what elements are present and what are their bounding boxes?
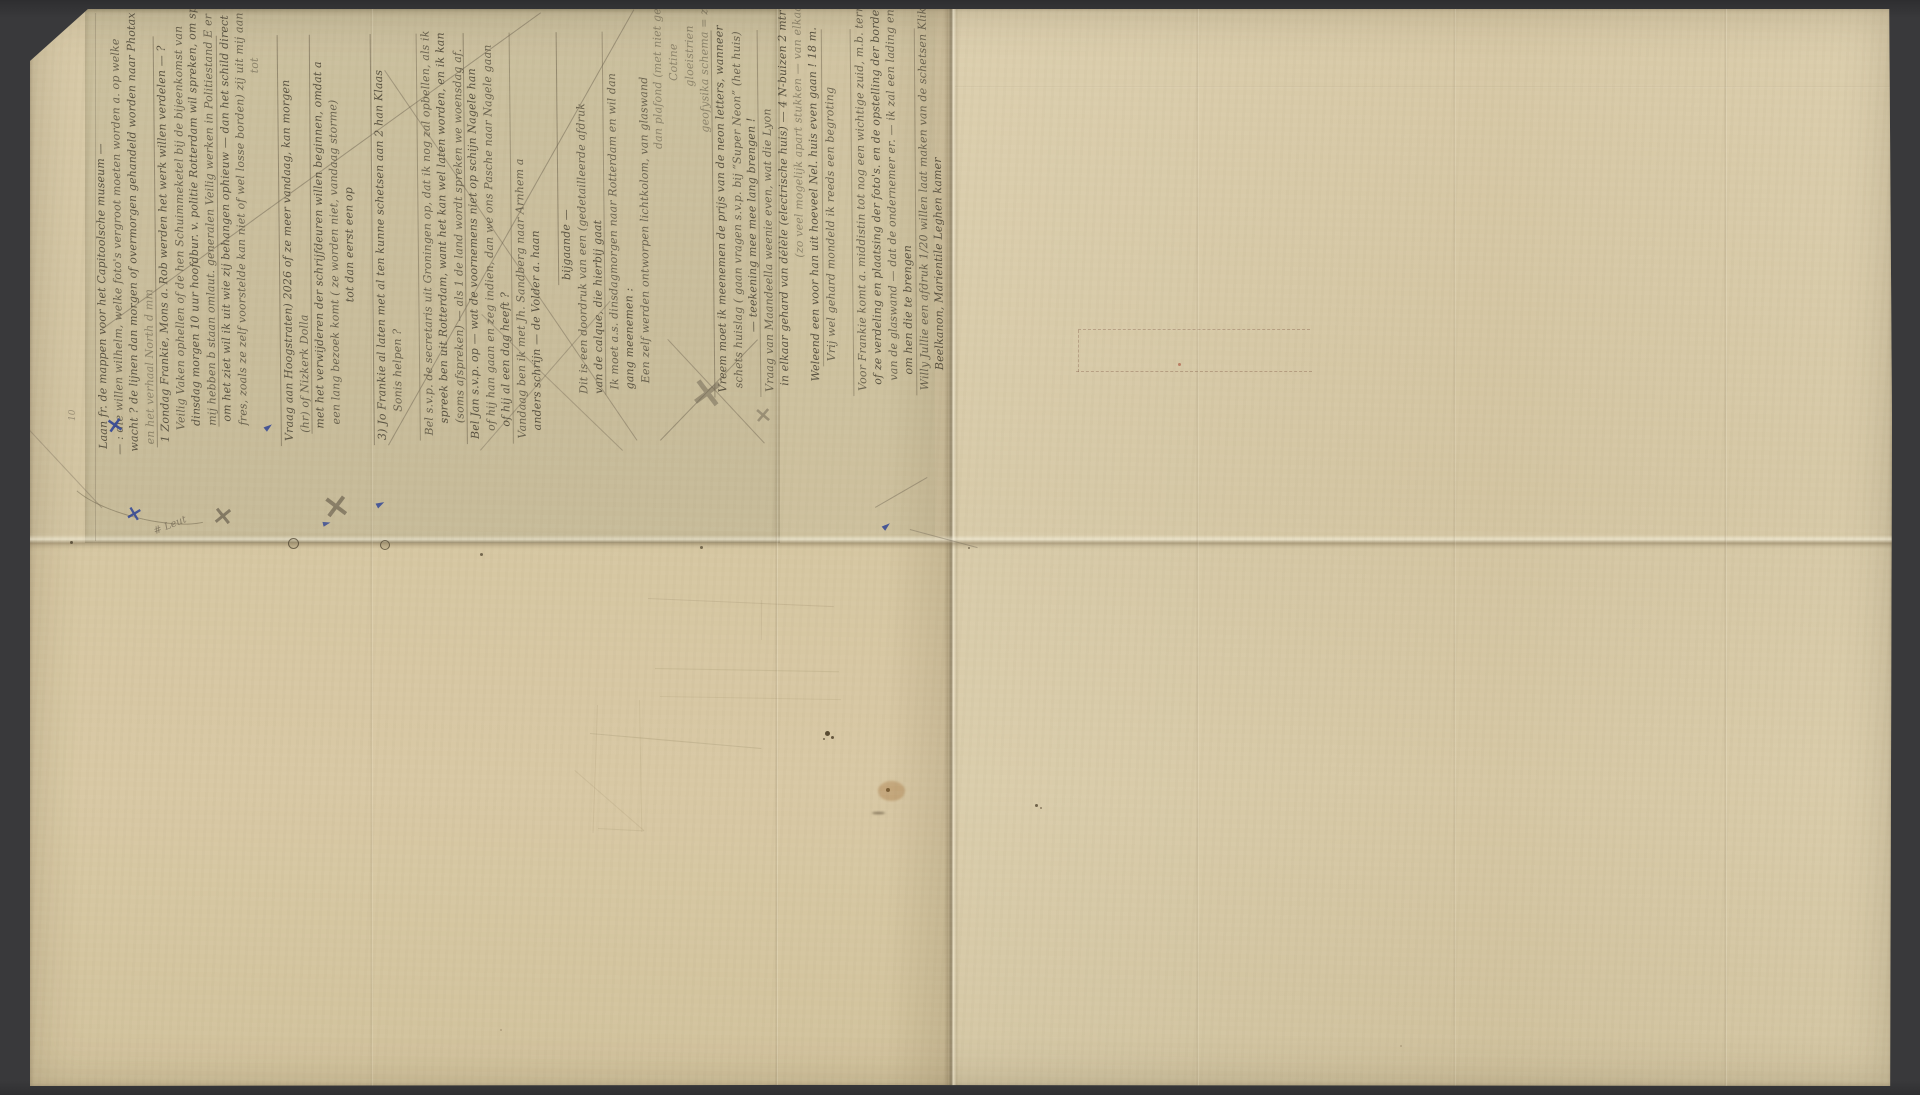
show-through-dashes: [1076, 371, 1312, 372]
ink-stain: [70, 541, 73, 544]
lower-left-quadrant: [30, 543, 955, 1086]
blue-crayon-x-mark: ×: [124, 501, 145, 524]
pencil-x-mark: ×: [687, 369, 728, 415]
punch-ring: [288, 538, 299, 549]
paper-sheet: Laan fr. de mappen voor het Capitoolsche…: [30, 9, 1892, 1086]
fold-crease-vertical: [775, 9, 778, 1086]
show-through-line: [648, 598, 834, 607]
ink-stain: [872, 812, 885, 814]
pencil-x-mark: ×: [211, 502, 235, 530]
ink-stain: [1040, 807, 1042, 809]
fold-crease-vertical: [1196, 9, 1199, 1086]
show-through-dashes: [1078, 330, 1079, 372]
show-through-line: [639, 700, 642, 832]
fold-crease-vertical: [370, 9, 373, 1086]
show-through-line: [598, 828, 644, 831]
ink-stain: [1035, 804, 1038, 807]
center-fold-crease: [944, 9, 959, 1086]
ink-stain: [1400, 1045, 1402, 1047]
fold-crease-vertical: [1453, 9, 1456, 1086]
ink-stain: [878, 781, 905, 801]
pencil-line: [95, 13, 96, 541]
ink-stain: [886, 788, 890, 792]
ink-stain: [480, 553, 483, 556]
pencil-curve-mark: [62, 451, 224, 537]
pencil-note: 10: [68, 410, 78, 421]
handwriting-line: Beelkanon, Marientile Leghen kamer: [928, 6, 948, 446]
ink-stain: [1178, 363, 1181, 366]
fold-crease-vertical: [1724, 9, 1727, 1086]
ink-stain: [831, 736, 834, 739]
blue-crayon-arrow-mark: ►: [374, 497, 387, 511]
handwriting-block: Laan fr. de mappen voor het Capitoolsche…: [91, 6, 936, 455]
pencil-line: [910, 529, 978, 548]
ink-stain: [500, 1029, 502, 1031]
ink-stain: [968, 547, 970, 549]
blue-crayon-x-mark: ×: [104, 414, 126, 439]
right-half-page: [955, 9, 1892, 1086]
show-through-dashes: [1078, 329, 1310, 330]
show-through-line: [655, 668, 839, 672]
blue-crayon-arrow-mark: ►: [879, 519, 893, 533]
show-through-line: [574, 770, 644, 831]
fold-crease-horizontal: [955, 86, 1892, 88]
show-through-line: [660, 696, 841, 700]
punch-ring: [380, 540, 390, 550]
show-through-line: [590, 733, 761, 749]
pencil-line: [875, 477, 927, 508]
ink-stain: [825, 731, 830, 736]
pencil-x-mark: ×: [753, 404, 773, 428]
show-through-line: [761, 600, 762, 640]
show-through-line: [593, 705, 598, 833]
ink-stain: [823, 738, 825, 740]
ink-stain: [700, 546, 703, 549]
pencil-x-mark: ×: [320, 487, 353, 525]
